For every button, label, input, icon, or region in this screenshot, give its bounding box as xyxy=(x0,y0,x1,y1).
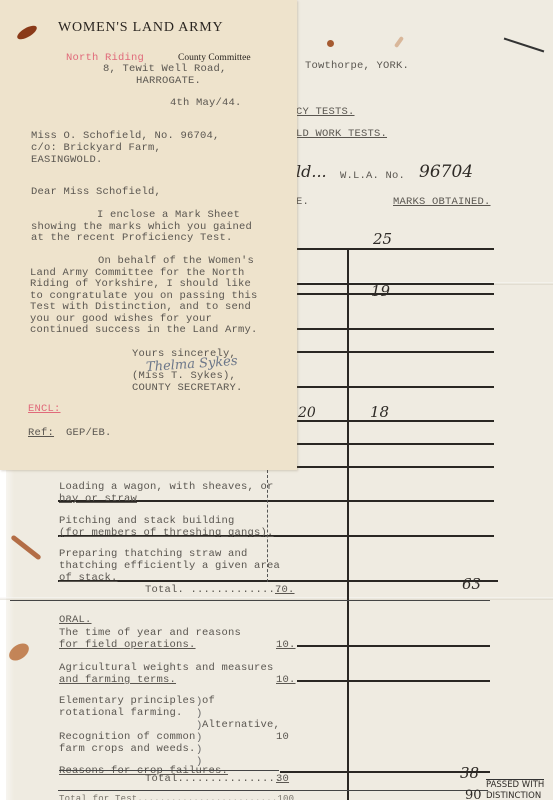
rule-line xyxy=(297,386,494,388)
mark-obtained: 18 xyxy=(370,403,389,421)
practical-total-max: 70. xyxy=(275,584,295,596)
rule-line xyxy=(297,328,494,330)
rule-line xyxy=(297,293,494,295)
mark-obtained: 25 xyxy=(373,230,392,248)
oral-total-label: Total................ xyxy=(145,773,282,785)
column-heading-fragment: E. xyxy=(296,196,309,208)
max-mark-fragment: 20 xyxy=(298,405,316,421)
mark-obtained: 19 xyxy=(371,282,390,300)
letter-date: 4th May/44. xyxy=(170,97,242,109)
rule-line xyxy=(297,248,494,250)
practical-total-label: Total. .............. xyxy=(145,584,282,596)
practical-item: Preparing thatching straw and thatching … xyxy=(59,548,280,584)
marks-obtained-heading: MARKS OBTAINED. xyxy=(393,196,491,208)
practical-item: Pitching and stack building (for members… xyxy=(59,515,274,539)
candidate-name-fragment: ld... xyxy=(296,162,327,181)
marksheet-heading-1: CY TESTS. xyxy=(296,106,355,118)
rust-stain xyxy=(327,40,334,47)
practical-marks-obtained: 63 xyxy=(462,575,481,593)
rule-line xyxy=(280,771,490,773)
result-note: PASSED WITH DISTINCTION xyxy=(486,779,544,800)
oral-item: Agricultural weights and measures and fa… xyxy=(59,662,274,686)
rule-line xyxy=(58,790,488,791)
bracket: )))))) xyxy=(196,696,203,768)
recipient-address: Miss O. Schofield, No. 96704, c/o: Brick… xyxy=(31,130,220,166)
signatory-name: (Miss T. Sykes), xyxy=(132,370,236,382)
rust-stain xyxy=(15,23,39,42)
rule-line xyxy=(10,600,490,601)
oral-item: The time of year and reasons for field o… xyxy=(59,627,241,651)
org-title: WOMEN'S LAND ARMY xyxy=(58,20,223,36)
rule-line xyxy=(297,680,490,682)
rule-line xyxy=(297,283,494,285)
committee-label: County Committee xyxy=(178,53,251,63)
oral-total-max: 30 xyxy=(276,773,289,785)
rule-line xyxy=(297,466,494,468)
signatory-position: COUNTY SECRETARY. xyxy=(132,382,243,394)
marksheet-address: , Towthorpe, YORK. xyxy=(292,60,409,72)
wla-no-label: W.L.A. No. xyxy=(340,170,405,182)
alternative-label: Alternative, xyxy=(202,719,280,731)
enclosure-label: ENCL: xyxy=(28,403,61,415)
grand-total-label: Total for Test.........................1… xyxy=(59,794,294,800)
address-line: 8, Tewit Well Road, xyxy=(103,63,227,75)
rule-line xyxy=(297,420,494,422)
oral-item-max: 10. xyxy=(276,674,296,686)
rule-line xyxy=(297,443,494,445)
grand-total-obtained: 90 xyxy=(465,788,482,800)
wla-no-value: 96704 xyxy=(419,162,473,182)
paragraph-2: On behalf of the Women's Land Army Commi… xyxy=(30,256,258,337)
rule-line xyxy=(297,351,494,353)
reference-label: Ref: xyxy=(28,427,54,439)
oral-item-max: 10. xyxy=(276,639,296,651)
alternative-max: 10 xyxy=(276,731,289,743)
paragraph-1: I enclose a Mark Sheet showing the marks… xyxy=(31,210,252,245)
address-line: HARROGATE. xyxy=(136,75,201,87)
reference-value: GEP/EB. xyxy=(66,427,112,439)
oral-heading: ORAL. xyxy=(59,614,92,626)
alternative-items: Elementary principles of rotational farm… xyxy=(59,695,228,777)
rule-line xyxy=(59,770,279,771)
marksheet-heading-2: LD WORK TESTS. xyxy=(296,128,387,140)
rule-line xyxy=(297,645,490,647)
oral-marks-obtained: 38 xyxy=(460,764,479,782)
marks-column-divider xyxy=(347,248,349,800)
salutation: Dear Miss Schofield, xyxy=(31,186,161,198)
cover-letter: WOMEN'S LAND ARMY North Riding County Co… xyxy=(0,0,297,470)
practical-item: Loading a wagon, with sheaves, or hay or… xyxy=(59,481,274,505)
